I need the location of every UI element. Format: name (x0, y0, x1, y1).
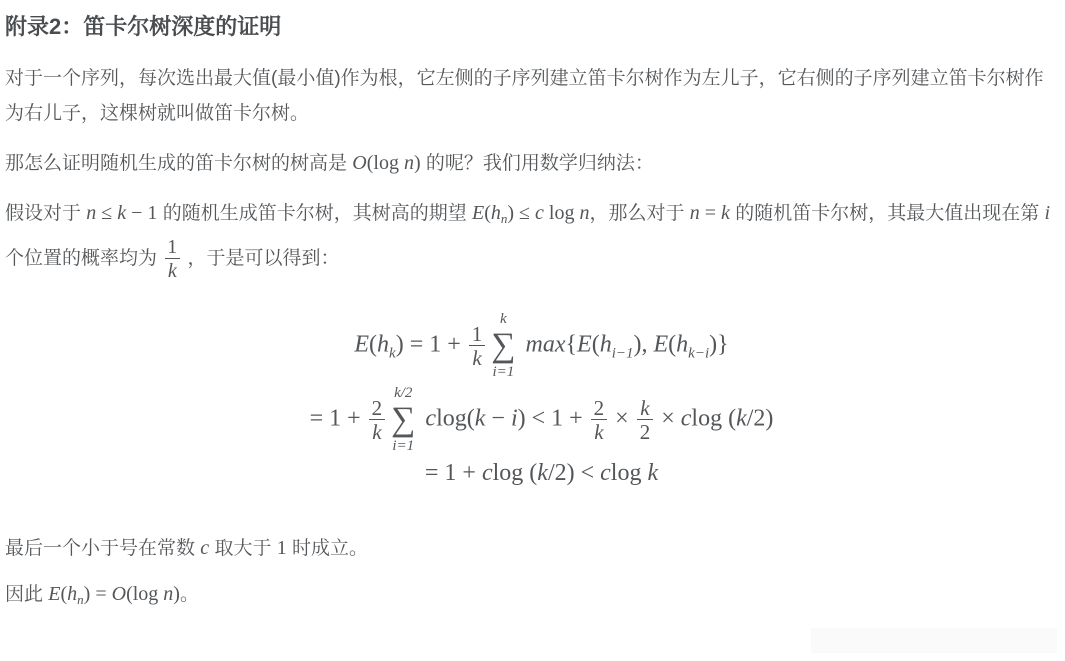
text-run: ，那么对于 (589, 203, 689, 224)
text-run: c (482, 460, 493, 486)
fraction-denominator: k (165, 258, 180, 282)
text-run: c (535, 202, 544, 224)
appendix-title: 附录2：笛卡尔树深度的证明 (5, 10, 1053, 41)
paragraph-definition: 对于一个序列，每次选出最大值(最小值)作为根，它左侧的子序列建立笛卡尔树作为左儿… (5, 61, 1053, 131)
text-run: /2) < (548, 460, 600, 486)
text-run: log ( (691, 406, 736, 432)
text-run: { (566, 332, 578, 358)
document: 附录2：笛卡尔树深度的证明 对于一个序列，每次选出最大值(最小值)作为根，它左侧… (0, 0, 1065, 617)
text-run: log (544, 202, 580, 224)
text-run: c (419, 406, 436, 432)
paragraph-conclusion: 因此 E(hn) = O(log n)。 (5, 577, 1053, 617)
text-run: ( (369, 332, 377, 358)
text-run: 时成立。 (287, 538, 368, 559)
fraction-numerator: k (637, 397, 652, 419)
math-derivation: E(hk) = 1 + 1kk∑i=1 max{E(hi−1), E(hk−i)… (5, 312, 1053, 487)
text-run: log (611, 460, 648, 486)
text-run: k (537, 460, 548, 486)
fraction: k2 (637, 397, 654, 443)
fraction: 2k (369, 397, 386, 443)
fraction: 1k (164, 236, 180, 282)
text-run: 取大于 (209, 538, 277, 559)
fraction-denominator: k (369, 419, 384, 443)
text-run: ( (484, 202, 491, 224)
text-run: k (389, 346, 396, 362)
text-run: − (485, 406, 511, 432)
text-run: E (354, 332, 369, 358)
text-run: (log (126, 583, 163, 605)
text-run: ( (668, 332, 676, 358)
text-run: O (112, 583, 126, 605)
text-run: k (117, 202, 126, 224)
fraction-numerator: 2 (369, 397, 386, 419)
text-run: k (475, 406, 486, 432)
text-run: = (700, 202, 721, 224)
fraction-denominator: k (469, 345, 484, 369)
paragraph-induction-hypothesis: 假设对于 n ≤ k − 1 的随机生成笛卡尔树，其树高的期望 E(hn) ≤ … (5, 196, 1053, 282)
text-run: ) < 1 + (518, 406, 589, 432)
sigma-symbol: ∑ (491, 329, 515, 363)
summation-lower-limit: i=1 (492, 365, 514, 380)
text-run: ≤ (96, 202, 117, 224)
math-line-1: E(hk) = 1 + 1kk∑i=1 max{E(hi−1), E(hk−i)… (30, 312, 1053, 380)
text-run: n (163, 583, 173, 605)
text-run: n (86, 202, 96, 224)
text-run: (log (367, 152, 404, 174)
text-run: = 1 + (425, 460, 482, 486)
summation-lower-limit: i=1 (392, 439, 414, 454)
text-run: c (600, 460, 611, 486)
text-run: ), (634, 332, 654, 358)
text-run: i (1045, 202, 1051, 224)
fraction-numerator: 1 (164, 236, 180, 258)
text-run: E (577, 332, 592, 358)
text-run: n (690, 202, 700, 224)
sigma-symbol: ∑ (391, 403, 415, 437)
text-run: 的呢？我们用数学归纳法： (421, 153, 654, 174)
text-run: E (472, 202, 484, 224)
paragraph-question: 那怎么证明随机生成的笛卡尔树的树高是 O(log n) 的呢？我们用数学归纳法： (5, 146, 1053, 181)
summation: k/2∑i=1 (391, 386, 415, 454)
summation: k∑i=1 (491, 312, 515, 380)
text-run: h (491, 202, 501, 224)
text-run: E (48, 583, 60, 605)
watermark-box (811, 628, 1057, 653)
text-run: 。 (180, 584, 199, 605)
text-run: 的随机生成笛卡尔树，其树高的期望 (157, 203, 472, 224)
text-run: 最后一个小于号在常数 (5, 538, 200, 559)
fraction: 2k (591, 397, 608, 443)
text-run: h (377, 332, 389, 358)
text-run: i−1 (612, 346, 634, 362)
text-run: E (654, 332, 669, 358)
text-run: × (609, 406, 635, 432)
text-run: log( (436, 406, 475, 432)
text-run: h (67, 583, 77, 605)
text-run: ) ≤ (507, 202, 535, 224)
text-run: c (681, 406, 692, 432)
text-run: ( (592, 332, 600, 358)
text-run: × (655, 406, 681, 432)
fraction-denominator: k (591, 419, 606, 443)
text-run: h (600, 332, 612, 358)
text-run: − 1 (126, 202, 157, 224)
text-run: 因此 (5, 584, 48, 605)
text-run: 1 (277, 537, 287, 559)
text-run: )} (709, 332, 729, 358)
text-run: 个位置的概率均为 (5, 248, 162, 269)
text-run: log ( (493, 460, 538, 486)
math-line-2: = 1 + 2kk/2∑i=1 clog(k − i) < 1 + 2k × k… (30, 386, 1053, 454)
fraction-denominator: 2 (637, 419, 654, 443)
text-run: h (676, 332, 688, 358)
fraction: 1k (469, 323, 486, 369)
text-run: O (352, 152, 366, 174)
text-run: = 1 + (310, 406, 367, 432)
text-run: ) = 1 + (396, 332, 467, 358)
fraction-numerator: 1 (469, 323, 486, 345)
paragraph-constant-note: 最后一个小于号在常数 c 取大于 1 时成立。 (5, 531, 1053, 566)
text-run: ) (173, 583, 180, 605)
text-run: max (520, 332, 566, 358)
text-run: ) (414, 152, 421, 174)
text-run: 假设对于 (5, 203, 86, 224)
text-run: k (736, 406, 747, 432)
math-line-3: = 1 + clog (k/2) < clog k (30, 460, 1053, 487)
fraction-numerator: 2 (591, 397, 608, 419)
text-run: ，于是可以得到： (182, 248, 339, 269)
text-run: ) = (84, 583, 112, 605)
text-run: n (404, 152, 414, 174)
text-run: 的随机笛卡尔树，其最大值出现在第 (730, 203, 1045, 224)
text-run: n (579, 202, 589, 224)
text-run: /2) (747, 406, 774, 432)
text-run: c (200, 537, 209, 559)
text-run: i (511, 406, 518, 432)
summation-upper-limit: k (500, 312, 507, 327)
summation-upper-limit: k/2 (394, 386, 412, 401)
text-run: k (721, 202, 730, 224)
text-run: k−i (688, 346, 709, 362)
text-run: k (647, 460, 658, 486)
text-run: 那怎么证明随机生成的笛卡尔树的树高是 (5, 153, 352, 174)
